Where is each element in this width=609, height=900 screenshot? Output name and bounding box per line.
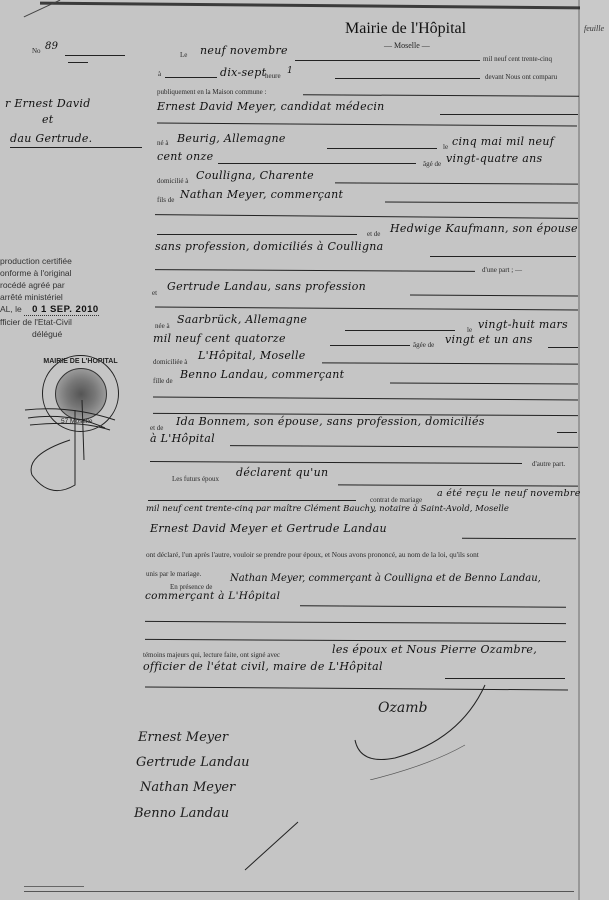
fils-label: fils de [157,196,174,204]
margin-note-line1: r Ernest David [5,97,91,110]
dune-part-label: d'une part ; — [482,266,522,274]
cert-delegue: délégué [0,328,140,340]
signature-flourish [240,820,300,880]
contrat-value-1: a été reçu le neuf novembre [437,488,581,499]
groom-signature: Ernest Meyer [138,730,228,745]
cert-line: arrêté ministériel [0,291,140,303]
feuille-label: feuille [584,24,604,33]
rule [322,362,578,365]
bride-domicile: L'Hôpital, Moselle [198,349,306,362]
bride-signature: Gertrude Landau [136,755,249,770]
rule [157,123,577,127]
et-de-label: et de [367,230,380,238]
rule [165,77,217,78]
cert-line: onforme à l'original [0,267,140,279]
et-de2-label: et de [150,424,163,432]
le2-label: le [443,143,448,151]
groom-mother: Hedwige Kaufmann, son épouse [390,222,578,235]
rule [68,62,88,63]
groom-father: Nathan Meyer, commerçant [180,188,343,201]
act-number: 89 [45,41,58,52]
witnesses-2: commerçant à L'Hôpital [145,590,280,602]
bride-name: Gertrude Landau, sans profession [167,280,366,293]
temoins-label: témoins majeurs qui, lecture faite, ont … [143,651,280,659]
rule [148,500,356,501]
rule [295,60,480,61]
bride-birthdate-1: vingt-huit mars [478,318,568,331]
rule [327,148,437,149]
rule [330,345,410,346]
witness2-signature: Benno Landau [134,806,229,821]
groom-birthdate-1: cinq mai mil neuf [452,135,554,148]
rule [390,383,578,385]
margin-note-line2: et [42,113,54,126]
page-fold-line [578,0,580,900]
rule [335,78,480,79]
fille-label: fille de [153,377,173,385]
groom-parents-cont: sans profession, domiciliés à Coulligna [155,240,384,253]
bride-birthplace: Saarbrück, Allemagne [177,313,307,326]
signed-with-2: officier de l'état civil, maire de L'Hôp… [143,660,383,673]
year-printed: mil neuf cent trente-cinq [483,55,552,63]
declarent-value: déclarent qu'un [236,466,328,479]
rule [155,269,475,272]
rule [150,461,522,464]
a-label: à [158,70,161,78]
rule [345,330,455,331]
heure-label: heure [265,72,281,80]
rule [338,484,578,487]
rule [410,295,578,297]
rule [157,234,357,235]
groom-age: vingt-quatre ans [446,152,542,165]
rule [300,605,566,608]
page-edge [580,0,609,900]
rule [145,621,566,625]
groom-birthdate-2: cent onze [157,150,213,163]
rule [155,214,578,219]
margin-note-line3: dau Gertrude. [10,132,92,145]
rule [303,94,579,97]
futurs-label: Les futurs époux [172,475,219,483]
rule [335,182,578,185]
domiciliee-label: domiciliée à [153,358,187,366]
contrat-value-3: Ernest David Meyer et Gertrude Landau [150,522,387,535]
rule [440,114,578,115]
civil-record-page: Mairie de l'Hôpital — Moselle — feuille … [0,0,609,900]
groom-birthplace: Beurig, Allemagne [177,132,286,145]
signed-with-1: les époux et Nous Pierre Ozambre, [332,643,537,656]
contrat-label: contrat de mariage [370,496,422,504]
rule [24,891,574,892]
page-title: Mairie de l'Hôpital [345,20,466,38]
nee-a-label: née à [155,322,170,330]
ne-a-label: né à [157,139,168,147]
rule [462,538,576,540]
le-label: Le [180,51,187,59]
unis-text: unis par le mariage. [146,570,201,578]
cert-line: rocédé agréé par [0,279,140,291]
rule [153,397,578,401]
rule [218,163,416,164]
page-subtitle: — Moselle — [384,41,430,50]
contrat-value-2: mil neuf cent trente-cinq par maître Clé… [146,504,509,514]
act-number-label: No [32,47,41,55]
rule [155,307,578,311]
mayor-signature-flourish [350,680,490,780]
groom-name: Ernest David Meyer, candidat médecin [157,100,385,113]
ont-declare-text: ont déclaré, l'un après l'autre, vouloir… [146,550,479,559]
rule [10,147,142,148]
cert-date: 0 1 SEP. 2010 [24,304,99,316]
rule [24,886,84,887]
bride-father: Benno Landau, commerçant [180,368,344,381]
witness1-signature: Nathan Meyer [140,780,235,795]
devant-label: devant Nous ont comparu [485,73,557,81]
rule [65,55,125,56]
cert-date-prefix: AL, le [0,304,22,314]
cert-officer: fficier de l'Etat-Civil [0,316,140,328]
cert-line: production certifiée [0,255,140,267]
bride-mother: Ida Bonnem, son épouse, sans profession,… [176,415,485,428]
seal-top-text: MAIRIE DE L'HOPITAL [43,358,118,365]
et-label: et [152,289,157,297]
age-label: âgé de [423,160,441,168]
dautre-part-label: d'autre part. [532,460,565,468]
bride-age: vingt et un ans [445,333,533,346]
hour-value: dix-sept [220,66,266,79]
rule [557,432,577,433]
witnesses-1: Nathan Meyer, commerçant à Coulligna et … [230,573,541,584]
rule [548,347,578,348]
heure-value: 1 [287,66,293,76]
rule [230,445,578,448]
cert-date-row: AL, le 0 1 SEP. 2010 [0,303,140,316]
publiquement-label: publiquement en la Maison commune : [157,88,266,96]
top-rule [40,2,580,10]
certification-stamp: production certifiée onforme à l'origina… [0,255,140,340]
bride-birthdate-2: mil neuf cent quatorze [153,332,286,345]
date-day: neuf novembre [200,44,288,57]
agee-label: âgée de [413,341,434,349]
rule [385,201,578,203]
bride-mother-cont: à L'Hôpital [150,432,215,445]
officer-signature-scribble [20,400,130,500]
rule [430,256,576,257]
groom-domicile: Coulligna, Charente [196,169,314,182]
domicilie-label: domicilié à [157,177,188,185]
rule [145,639,566,643]
